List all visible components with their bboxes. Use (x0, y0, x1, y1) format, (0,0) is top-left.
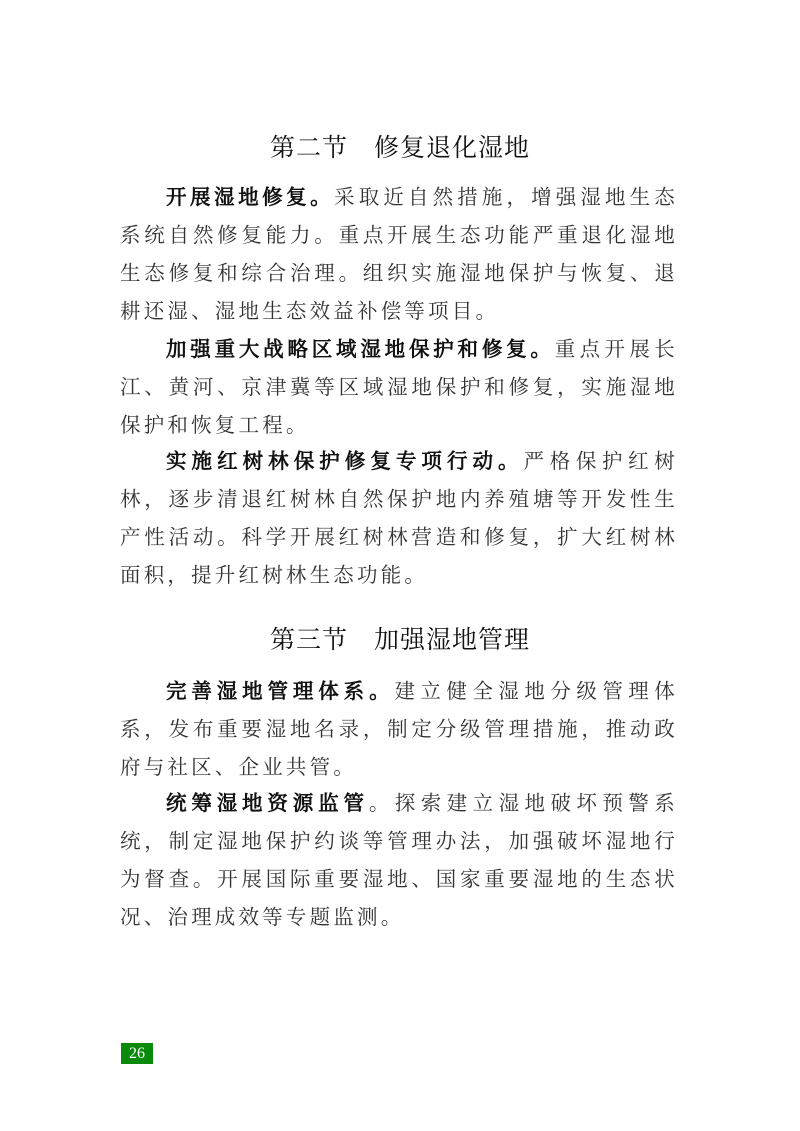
paragraph: 开展湿地修复。采取近自然措施，增强湿地生态系统自然修复能力。重点开展生态功能严重… (120, 178, 678, 330)
section-title: 第二节 修复退化湿地 (0, 128, 800, 164)
paragraph-lead: 加强重大战略区域湿地保护和修复。 (166, 337, 555, 361)
document-page: 第二节 修复退化湿地 开展湿地修复。采取近自然措施，增强湿地生态系统自然修复能力… (0, 0, 800, 1131)
paragraph-lead: 开展湿地修复。 (166, 185, 334, 209)
page-number-badge: 26 (121, 1043, 153, 1064)
paragraph: 统筹湿地资源监管。探索建立湿地破坏预警系统，制定湿地保护约谈等管理办法，加强破坏… (120, 784, 678, 936)
paragraph: 完善湿地管理体系。建立健全湿地分级管理体系，发布重要湿地名录，制定分级管理措施，… (120, 672, 678, 786)
section-title: 第三节 加强湿地管理 (0, 620, 800, 656)
paragraph: 加强重大战略区域湿地保护和修复。重点开展长江、黄河、京津冀等区域湿地保护和修复，… (120, 330, 678, 444)
paragraph-lead: 完善湿地管理体系。 (166, 679, 394, 703)
paragraph: 实施红树林保护修复专项行动。严格保护红树林，逐步清退红树林自然保护地内养殖塘等开… (120, 442, 678, 594)
paragraph-lead: 统筹湿地资源监管 (166, 791, 369, 815)
paragraph-lead: 实施红树林保护修复专项行动。 (166, 449, 524, 473)
